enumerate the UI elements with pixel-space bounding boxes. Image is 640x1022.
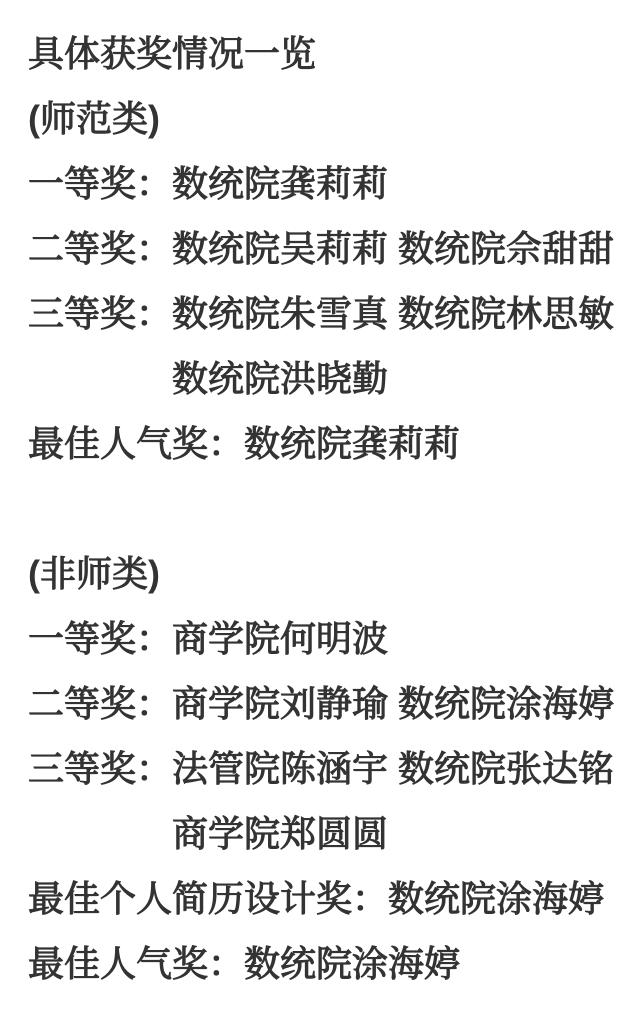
award-winners: 商学院何明波 xyxy=(172,618,388,659)
award-line-popularity-prize: 最佳人气奖：数统院龚莉莉 xyxy=(28,411,634,476)
page-title: 具体获奖情况一览 xyxy=(28,21,634,86)
award-line-third-prize: 三等奖：数统院朱雪真 数统院林思敏 xyxy=(28,281,634,346)
section-non-normal-category: (非师类) 一等奖：商学院何明波 二等奖：商学院刘静瑜 数统院涂海婷 三等奖：法… xyxy=(28,541,634,996)
award-line-second-prize: 二等奖：数统院吴莉莉 数统院佘甜甜 xyxy=(28,216,634,281)
award-winners: 数统院涂海婷 xyxy=(244,943,460,984)
award-winners-continued: 数统院洪晓勤 xyxy=(28,346,634,411)
award-winners: 数统院龚莉莉 xyxy=(244,423,460,464)
award-winners: 数统院龚莉莉 xyxy=(172,163,388,204)
award-winners: 数统院朱雪真 数统院林思敏 xyxy=(172,293,614,334)
award-line-second-prize: 二等奖：商学院刘静瑜 数统院涂海婷 xyxy=(28,671,634,736)
award-winners-continued: 商学院郑圆圆 xyxy=(28,801,634,866)
award-winners: 商学院刘静瑜 数统院涂海婷 xyxy=(172,683,614,724)
award-label: 一等奖： xyxy=(28,618,172,659)
award-winners: 数统院涂海婷 xyxy=(388,878,604,919)
award-line-first-prize: 一等奖：商学院何明波 xyxy=(28,606,634,671)
award-label: 三等奖： xyxy=(28,748,172,789)
section-heading: (非师类) xyxy=(28,541,634,606)
award-label: 一等奖： xyxy=(28,163,172,204)
award-line-best-resume-design-prize: 最佳个人简历设计奖：数统院涂海婷 xyxy=(28,866,634,931)
award-announcement: 具体获奖情况一览 (师范类) 一等奖：数统院龚莉莉 二等奖：数统院吴莉莉 数统院… xyxy=(0,0,640,996)
award-line-third-prize: 三等奖：法管院陈涵宇 数统院张达铭 xyxy=(28,736,634,801)
award-winners: 数统院吴莉莉 数统院佘甜甜 xyxy=(172,228,614,269)
award-label: 最佳人气奖： xyxy=(28,943,244,984)
award-label: 三等奖： xyxy=(28,293,172,334)
award-winners: 法管院陈涵宇 数统院张达铭 xyxy=(172,748,614,789)
award-label: 二等奖： xyxy=(28,228,172,269)
award-line-first-prize: 一等奖：数统院龚莉莉 xyxy=(28,151,634,216)
award-label: 二等奖： xyxy=(28,683,172,724)
award-line-popularity-prize: 最佳人气奖：数统院涂海婷 xyxy=(28,931,634,996)
section-normal-category: (师范类) 一等奖：数统院龚莉莉 二等奖：数统院吴莉莉 数统院佘甜甜 三等奖：数… xyxy=(28,86,634,476)
award-label: 最佳个人简历设计奖： xyxy=(28,878,388,919)
section-heading: (师范类) xyxy=(28,86,634,151)
award-label: 最佳人气奖： xyxy=(28,423,244,464)
